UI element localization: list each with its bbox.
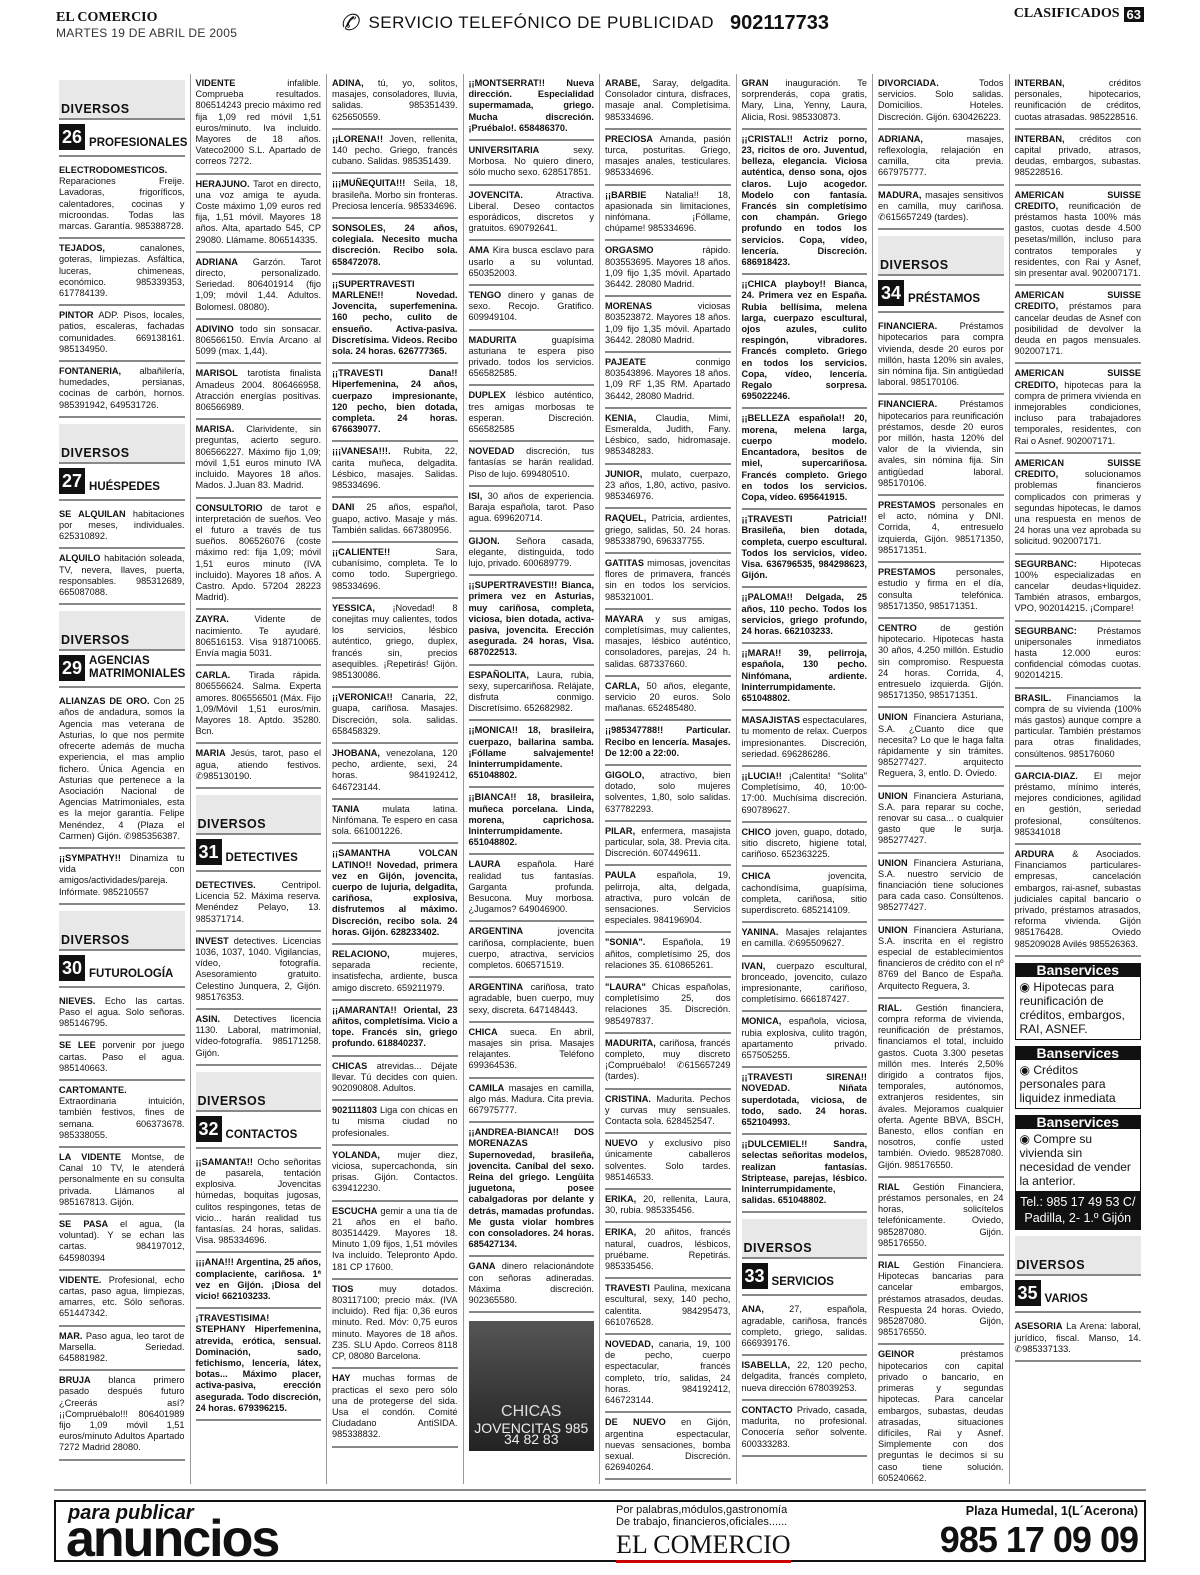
ad-body: Con 25 años de andadura, somos la Agenci… xyxy=(59,696,185,840)
ad-body: préstamos hipotecarios con capital priva… xyxy=(878,1349,1004,1482)
ad-headline: YESSICA, xyxy=(332,603,392,613)
classified-ad: BRUJA blanca primero pasado después futu… xyxy=(59,1371,185,1460)
section-number: 30 xyxy=(59,955,85,981)
classified-ad: ¡¡BIANCA!! 18, brasileira, muñeca porcel… xyxy=(469,788,595,855)
classified-ad: NUEVO y exclusivo piso únicamente caball… xyxy=(605,1134,731,1190)
classified-ad: DE NUEVO en Gijón, argentina espectacula… xyxy=(605,1413,731,1480)
classified-ad: BRASIL. Financiamos la compra de su vivi… xyxy=(1015,689,1142,767)
ad-headline: ¡¡LORENA!! xyxy=(332,134,389,144)
classified-ad: AMA Kira busca esclavo para usarlo a su … xyxy=(469,241,595,286)
ad-headline: RELACIONO, xyxy=(332,949,422,959)
ad-body: muy dotados. 803117100; precio máx. (IVA… xyxy=(332,1284,458,1361)
section-number: 33 xyxy=(742,1263,768,1289)
ad-body: Brasileña, bien dotada, completa, cuerpo… xyxy=(742,525,868,580)
ad-headline: SEGURBANC: xyxy=(1015,626,1098,636)
ad-headline: MARIA xyxy=(196,748,231,758)
ad-headline: ¡¡ANDREA-BIANCA!! DOS MORENAZAS xyxy=(469,1127,595,1148)
ad-headline: ARABE, xyxy=(605,78,653,88)
banner-title: Banservices xyxy=(1016,964,1141,977)
ad-headline: ¡¡DULCEMIEL!! xyxy=(742,1139,834,1149)
ad-headline: ¡¡¡VANESA!!!. xyxy=(332,446,403,456)
section-header-26: DIVERSOS26PROFESIONALES xyxy=(59,80,185,157)
classified-ad: ¡¡¡VANESA!!!. Rubita, 22, carita muñeca,… xyxy=(332,442,458,498)
section-title: 32CONTACTOS xyxy=(196,1112,322,1149)
classified-ad: ARABE, Saray, delgadita. Consolador cint… xyxy=(605,74,731,130)
classified-ad: UNION Financiera Asturiana, S.A. nuestro… xyxy=(878,854,1004,921)
classified-ad: ¡¡MARA!! 39, pelirroja, española, 130 pe… xyxy=(742,644,868,711)
classified-ad: AMERICAN SUISSE CREDITO, reunificación d… xyxy=(1015,186,1142,287)
banner-text-content: Créditos personales para liquidez inmedi… xyxy=(1020,1063,1116,1105)
classified-ad: JUNIOR, mulato, cuerpazo, 23 años, 1,80,… xyxy=(605,465,731,510)
section-title: 27HUÉSPEDES xyxy=(59,464,185,501)
section-band: DIVERSOS xyxy=(196,795,322,835)
ad-body: solucionamos problemas financieros compl… xyxy=(1015,469,1142,546)
section-label: PROFESIONALES xyxy=(89,137,187,150)
classified-ad: NOVEDAD discreción, tus fantasías se har… xyxy=(469,442,595,487)
ad-headline: ¡¡SAMANTA!! xyxy=(196,1157,258,1167)
classified-ad: INTERBAN, créditos personales, hipotecar… xyxy=(1015,74,1142,130)
classified-ad: ¡¡TRAVESTI Patricia!! Brasileña, bien do… xyxy=(742,510,868,588)
section-header-29: DIVERSOS29AGENCIAS MATRIMONIALES xyxy=(59,611,185,688)
service-label: SERVICIO TELEFÓNICO DE PUBLICIDAD xyxy=(368,13,714,33)
ad-headline: FONTANERIA, xyxy=(59,366,140,376)
section-number: 31 xyxy=(196,839,222,865)
classified-ad: JHOBANA, venezolana, 120 pecho, ardiente… xyxy=(332,744,458,800)
ad-headline: ¡¡PALOMA!! xyxy=(742,592,806,602)
section-title: 33SERVICIOS xyxy=(742,1259,868,1296)
classified-ad: ADRIANA Garzón. Tarot directo, personali… xyxy=(196,253,322,320)
classified-ad: MADURITA, cariñosa, francés completo, mu… xyxy=(605,1034,731,1090)
section-number: 34 xyxy=(878,280,904,306)
section-title: 29AGENCIAS MATRIMONIALES xyxy=(59,651,185,688)
section-band: DIVERSOS xyxy=(196,1072,322,1112)
ad-headline: ADINA, xyxy=(332,78,378,88)
classified-ad: UNION Financiera Asturiana, S.A. para re… xyxy=(878,787,1004,854)
ad-headline: ¡¡AMARANTA!! xyxy=(332,1005,403,1015)
ad-headline: ASIN. xyxy=(196,1014,234,1024)
ad-body: Novedad, primera vez en Gijón, jovencita… xyxy=(332,860,458,937)
classified-ad: ¡¡BARBIE Natalia!! 18, apasionada sin li… xyxy=(605,186,731,242)
ad-headline: ERIKA, xyxy=(605,1227,645,1237)
section-category: DIVERSOS xyxy=(61,104,130,115)
section-label: CONTACTOS xyxy=(226,1129,298,1142)
ad-headline: TRAVESTI xyxy=(605,1283,654,1293)
column-6: GRAN inauguración. Te sorprenderás, copa… xyxy=(737,74,874,1484)
classified-ad: ¡¡PALOMA!! Delgada, 25 años, 110 pecho. … xyxy=(742,588,868,644)
classified-ad: SE PASA el agua, (la voluntad). Y se ech… xyxy=(59,1215,185,1271)
ad-headline: ALQUILO xyxy=(59,553,104,563)
ad-headline: NOVEDAD, xyxy=(605,1339,659,1349)
banner-title: Banservices xyxy=(1016,1116,1141,1129)
section-header-27: DIVERSOS27HUÉSPEDES xyxy=(59,424,185,501)
classified-ad: LAURA española. Haré realidad tus fantas… xyxy=(469,855,595,922)
classified-ad: MONICA, española, viciosa, rubia explosi… xyxy=(742,1012,868,1068)
classified-ad: ALIANZAS DE ORO. Con 25 años de andadura… xyxy=(59,692,185,849)
ad-headline: GANA xyxy=(469,1261,502,1271)
ad-headline: UNION xyxy=(878,712,914,722)
classified-ad: ¡¡¡MUÑEQUITA!!! Seila, 18, brasileña. Mo… xyxy=(332,174,458,219)
ad-headline: ERIKA, xyxy=(605,1194,643,1204)
classified-ad: GATITAS mimosas, jovencitas flores de pr… xyxy=(605,554,731,610)
classified-ad: PAJEATE conmigo 803543896. Mayores 18 añ… xyxy=(605,353,731,409)
ad-headline: MONICA, xyxy=(742,1016,789,1026)
classified-ad: ¡¡SUPERTRAVESTI MARLENE!! Novedad. Joven… xyxy=(332,275,458,364)
ad-headline: JOVENCITA. xyxy=(469,190,556,200)
classified-ad: MORENAS viciosas 803523872. Mayores 18 a… xyxy=(605,297,731,353)
section-header-31: DIVERSOS31DETECTIVES xyxy=(196,795,322,872)
classified-ad: UNION Financiera Asturiana, S.A. ¿Cuanto… xyxy=(878,708,1004,786)
classified-ad: MARIA Jesús, tarot, paso el agua, atiend… xyxy=(196,744,322,789)
ad-headline: RIAL xyxy=(878,1182,913,1192)
classified-columns: DIVERSOS26PROFESIONALESELECTRODOMESTICOS… xyxy=(54,74,1146,1484)
ad-body: Extraordinaria intuición, también festiv… xyxy=(59,1096,185,1140)
section-band: DIVERSOS xyxy=(59,911,185,951)
ad-headline: MADURITA, xyxy=(605,1038,659,1048)
classified-ad: JOVENCITA. Atractiva. Liberal. Deseo con… xyxy=(469,186,595,242)
column-1: DIVERSOS26PROFESIONALESELECTRODOMESTICOS… xyxy=(54,74,191,1484)
ad-headline: BRASIL. xyxy=(1015,693,1067,703)
ad-headline: CONTACTO xyxy=(742,1405,797,1415)
classified-ad: ASESORIA La Arena: laboral, jurídico, fi… xyxy=(1015,1317,1142,1362)
ad-headline: ¡¡CHICA playboy!! xyxy=(742,279,835,289)
classified-ad: YANINA. Masajes relajantes en camilla. ✆… xyxy=(742,923,868,956)
classified-ad: SE ALQUILAN habitaciones por meses, indi… xyxy=(59,505,185,550)
column-4: ¡¡MONTSERRAT!! Nueva dirección. Especial… xyxy=(464,74,601,1484)
classified-ad: CARLA, 50 años, elegante, servicio 20 eu… xyxy=(605,677,731,722)
ad-headline: ¡¡TRAVESTI Patricia!! xyxy=(742,514,868,524)
ad-headline: TIOS xyxy=(332,1284,379,1294)
section-number: 35 xyxy=(1015,1280,1041,1306)
phone-icon: ✆ xyxy=(340,10,358,36)
ad-headline: ¡¡MARA!! xyxy=(742,648,799,658)
classified-ad: PILAR, enfermera, masajista particular, … xyxy=(605,822,731,867)
section-label: SERVICIOS xyxy=(772,1276,834,1289)
ad-headline: MORENAS xyxy=(605,301,698,311)
column-3: ADINA, tú, yo, solitos, masajes, consola… xyxy=(327,74,464,1484)
classified-ad: ADIVINO todo sin sonsacar. 806566150. En… xyxy=(196,320,322,365)
phone-service-banner: ✆ SERVICIO TELEFÓNICO DE PUBLICIDAD 9021… xyxy=(340,10,829,36)
ad-headline: SE PASA xyxy=(59,1219,120,1229)
ad-headline: GIGOLO, xyxy=(605,770,660,780)
classified-ad: LA VIDENTE Montse, de Canal 10 TV, le at… xyxy=(59,1148,185,1215)
photo-ad-phone: JOVENCITAS 985 34 82 83 xyxy=(469,1423,595,1445)
classified-ad: ¡¡BELLEZA española!! 20, morena, melena … xyxy=(742,409,868,510)
banner-title: Banservices xyxy=(1016,1047,1141,1060)
classified-ad: CARLA. Tirada rápida. 806556624. Salma. … xyxy=(196,666,322,744)
ad-headline: MAYARA xyxy=(605,614,655,624)
classified-ad: AMERICAN SUISSE CREDITO, solucionamos pr… xyxy=(1015,454,1142,555)
classified-ad: ¡¡SYMPATHY!! Dinamiza tu vida con amigos… xyxy=(59,849,185,905)
classified-ad: ELECTRODOMESTICOS. Reparaciones Freije. … xyxy=(59,161,185,239)
ad-headline: PRESTAMOS xyxy=(878,567,956,577)
classified-ad: UNION Financiera Asturiana, S.A. inscrit… xyxy=(878,921,1004,999)
classified-ad: ESCUCHA gemir a una tía de 21 años en el… xyxy=(332,1202,458,1280)
ad-headline: SONSOLES, xyxy=(332,223,404,233)
classified-ad: ¡¡LORENA!! Joven, rellenita, 140 pecho. … xyxy=(332,130,458,175)
ad-headline: PAULA xyxy=(605,870,657,880)
section-title: 35VARIOS xyxy=(1015,1276,1142,1313)
classified-ad: AMERICAN SUISSE CREDITO, préstamos para … xyxy=(1015,286,1142,364)
section-band: DIVERSOS xyxy=(59,424,185,464)
ad-headline: ¡¡TRAVESTI Dana!! xyxy=(332,368,458,378)
ad-headline: SE LEE xyxy=(59,1040,102,1050)
ad-headline: VIDENTE. xyxy=(59,1275,109,1285)
ad-headline: NOVEDAD xyxy=(469,446,527,456)
ad-headline: YANINA. xyxy=(742,927,786,937)
classified-ad: SE LEE porvenir por juego cartas. Paso e… xyxy=(59,1036,185,1081)
classified-ad: ¡¡TRAVESTI SIRENA!! NOVEDAD. Niñata supe… xyxy=(742,1068,868,1135)
ad-headline: CHICA xyxy=(469,1027,511,1037)
ad-headline: ¡¡SYMPATHY!! xyxy=(59,853,130,863)
classified-ad: CHICA sueca. En abril, masajes sin prisa… xyxy=(469,1023,595,1079)
ad-headline: LAURA xyxy=(469,859,518,869)
ad-headline: FINANCIERA. xyxy=(878,321,960,331)
banner-contact: Tel.: 985 17 49 53 C/ Padilla, 2- 1.º Gi… xyxy=(1016,1191,1141,1229)
banservices-ad: Banservices◉ Compre su vivienda sin nece… xyxy=(1015,1115,1142,1230)
ad-headline: LA VIDENTE xyxy=(59,1152,131,1162)
ad-headline: TENGO xyxy=(469,290,509,300)
ad-headline: UNION xyxy=(878,791,914,801)
section-category: DIVERSOS xyxy=(880,260,949,271)
ad-headline: ¡¡BIANCA!! xyxy=(469,792,528,802)
classified-ad: VIDENTE infalible. Comprueba resultados.… xyxy=(196,74,322,175)
ad-headline: ARGENTINA xyxy=(469,926,558,936)
classified-ad: CAMILA masajes en camilla, algo más. Mad… xyxy=(469,1079,595,1124)
ad-headline: ¡¡CRISTAL!! xyxy=(742,134,803,144)
ad-headline: "SONIA". xyxy=(605,937,662,947)
classified-ad: CHICO joven, guapo, dotado, sitio discre… xyxy=(742,823,868,868)
column-5: ARABE, Saray, delgadita. Consolador cint… xyxy=(600,74,737,1484)
section-category: DIVERSOS xyxy=(61,635,130,646)
section-header-35: DIVERSOS35VARIOS xyxy=(1015,1236,1142,1313)
ad-headline: MASAJISTAS xyxy=(742,715,803,725)
ad-headline: "LAURA" xyxy=(605,982,652,992)
ad-headline: PINTOR xyxy=(59,310,98,320)
section-category: DIVERSOS xyxy=(198,1096,267,1107)
section-title: 34PRÉSTAMOS xyxy=(878,276,1004,313)
ad-headline: JHOBANA, xyxy=(332,748,386,758)
classified-ad: RELACIONO, mujeres, separada reciente, i… xyxy=(332,945,458,1001)
classified-ad: ORGASMO rápido. 803553695. Mayores 18 añ… xyxy=(605,241,731,297)
ad-headline: GIJON. xyxy=(469,536,516,546)
classified-ad: CHICA jovencita, cachondísima, guapísima… xyxy=(742,867,868,923)
banservices-ad: Banservices◉ Hipotecas para reunificació… xyxy=(1015,963,1142,1040)
classified-ad: INVEST detectives. Licencias 1036, 1037,… xyxy=(196,932,322,1010)
ad-headline: GATITAS xyxy=(605,558,647,568)
ad-headline: ORGASMO xyxy=(605,245,702,255)
ad-body: Bianca, primera vez en Asturias, muy car… xyxy=(469,580,595,657)
ad-headline: KENIA, xyxy=(605,413,656,423)
ad-headline: GARCIA-DIAZ. xyxy=(1015,771,1094,781)
ad-headline: ANA, xyxy=(742,1304,790,1314)
section-title: 26PROFESIONALES xyxy=(59,120,185,157)
classified-ad: FINANCIERA. Préstamos hipotecarios para … xyxy=(878,395,1004,496)
section-label: PRÉSTAMOS xyxy=(908,293,980,306)
classified-ad: ANA, 27, española, agradable, cariñosa, … xyxy=(742,1300,868,1356)
classified-ad: ¡TRAVESTISIMA! STEPHANY Hiperfemenina, a… xyxy=(196,1309,322,1421)
footer-brand-logo: EL COMERCIO xyxy=(616,1530,791,1563)
ad-headline: PAJEATE xyxy=(605,357,696,367)
section-category: DIVERSOS xyxy=(1017,1260,1086,1271)
ad-headline: HERAJUNO. xyxy=(196,179,254,189)
classified-ad: MAYARA y sus amigas, completísimas, muy … xyxy=(605,610,731,677)
classified-ad: GARCIA-DIAZ. El mejor préstamo, mínimo i… xyxy=(1015,767,1142,845)
classified-ad: GANA dinero relacionándote con señoras a… xyxy=(469,1257,595,1313)
ad-headline: RAQUEL, xyxy=(605,513,652,523)
ad-headline: DUPLEX xyxy=(469,390,516,400)
section-number: 27 xyxy=(59,468,85,494)
classified-ad: DUPLEX lésbico auténtico, tres amigas mo… xyxy=(469,386,595,442)
classified-ad: CONSULTORIO de tarot e interpretación de… xyxy=(196,499,322,611)
classified-ad: GEINOR préstamos hipotecarios con capita… xyxy=(878,1345,1004,1484)
ad-headline: GEINOR xyxy=(878,1349,961,1359)
ad-headline: INTERBAN, xyxy=(1015,134,1080,144)
classified-ad: HERAJUNO. Tarot en directo, una voz amig… xyxy=(196,175,322,253)
ad-body: Gestión Financiera. Hipotecas bancarias … xyxy=(878,1260,1004,1337)
classified-ad: YOLANDA, mujer diez, viciosa, supercacho… xyxy=(332,1146,458,1202)
ad-headline: ¡¡LUCIA!! xyxy=(742,771,789,781)
classified-ad: GRAN inauguración. Te sorprenderás, copa… xyxy=(742,74,868,130)
ad-headline: ¡¡VERONICA!! xyxy=(332,692,401,702)
classified-ad: ARGENTINA jovencita cariñosa, complacien… xyxy=(469,922,595,978)
ad-headline: TANIA xyxy=(332,804,382,814)
section-label: HUÉSPEDES xyxy=(89,481,160,494)
classified-ad: MASAJISTAS espectaculares, tu momento de… xyxy=(742,711,868,767)
classified-ad: RIAL Gestión Financiera. Hipotecas banca… xyxy=(878,1256,1004,1345)
section-category: DIVERSOS xyxy=(61,935,130,946)
ad-headline: MAR. xyxy=(59,1331,86,1341)
eye-bullet-icon: ◉ xyxy=(1020,1063,1034,1077)
classified-ad: ¡¡TRAVESTI Dana!! Hiperfemenina, 24 años… xyxy=(332,364,458,442)
eye-bullet-icon: ◉ xyxy=(1020,1132,1034,1146)
classified-ad: ¡¡CALIENTE!! Sara, cubanísimo, completa.… xyxy=(332,543,458,599)
footer-desc-line1: Por palabras,módulos,gastronomía xyxy=(616,1504,787,1516)
banner-text: ◉ Créditos personales para liquidez inme… xyxy=(1016,1060,1141,1108)
classified-ad: ¡¡SAMANTHA VOLCAN LATINO!! Novedad, prim… xyxy=(332,844,458,945)
ad-headline: ¡¡MONTSERRAT!! xyxy=(469,78,567,88)
section-band: DIVERSOS xyxy=(59,611,185,651)
ad-headline: 902111803 xyxy=(332,1105,380,1115)
classified-ad: ¡¡MONICA!! 18, brasileira, cuerpazo, bai… xyxy=(469,721,595,788)
ad-headline: ESPAÑOLITA, xyxy=(469,670,537,680)
ad-headline: ADRIANA, xyxy=(878,134,967,144)
section-band: DIVERSOS xyxy=(59,80,185,120)
column-8: INTERBAN, créditos personales, hipotecar… xyxy=(1010,74,1147,1484)
section-band: DIVERSOS xyxy=(1015,1236,1142,1276)
photo-ad-title: CHICAS xyxy=(469,1406,595,1417)
ad-headline: ¡¡BELLEZA española!! xyxy=(742,413,855,423)
ad-body: de tarot e interpretación de sueños. Veo… xyxy=(196,503,322,603)
ad-body: & Asociados. Financiamos particulares-em… xyxy=(1015,849,1142,949)
ad-headline: PRECIOSA xyxy=(605,134,660,144)
classified-ad: SEGURBANC: Hipotecas 100% especializadas… xyxy=(1015,555,1142,622)
ad-headline: UNION xyxy=(878,925,914,935)
classified-ad: ¡¡CHICA playboy!! Bianca, 24. Primera ve… xyxy=(742,275,868,409)
section-category: DIVERSOS xyxy=(61,448,130,459)
ad-headline: UNION xyxy=(878,858,914,868)
classified-ad: MAR. Paso agua, leo tarot de Marsella. S… xyxy=(59,1327,185,1372)
ad-headline: CHICO xyxy=(742,827,776,837)
banservices-ad: Banservices◉ Créditos personales para li… xyxy=(1015,1046,1142,1109)
classified-ad: GIGOLO, atractivo, bien dotado, solo muj… xyxy=(605,766,731,822)
ad-headline: NUEVO xyxy=(605,1138,649,1148)
ad-headline: ZAYRA. xyxy=(196,614,255,624)
classified-ad: ESPAÑOLITA, Laura, rubia, sexy, supercar… xyxy=(469,666,595,722)
section-title: 31DETECTIVES xyxy=(196,835,322,872)
section-band: DIVERSOS xyxy=(878,236,1004,276)
classified-ad: ADRIANA, masajes, reflexología, relajaci… xyxy=(878,130,1004,186)
ad-headline: UNIVERSITARIA xyxy=(469,145,574,155)
classified-ad: PRECIOSA Amanda, pasión turca, posturita… xyxy=(605,130,731,186)
ad-body: infalible. Comprueba resultados. 8065142… xyxy=(196,78,322,166)
classified-ad: ¡¡SAMANTA!! Ocho señoritas de pasarela, … xyxy=(196,1153,322,1254)
ad-headline: CARTOMANTE. xyxy=(59,1085,127,1095)
footer-desc-line2: De trabajo, financieros,oficiales...... xyxy=(616,1516,787,1528)
ad-body: reunificación de préstamos hasta 100% má… xyxy=(1015,201,1142,278)
classified-ad: ISI, 30 años de experiencia. Baraja espa… xyxy=(469,487,595,532)
ad-headline: HAY xyxy=(332,1373,363,1383)
ad-body: Supernovedad, brasileña, jovencita. Caní… xyxy=(469,1150,595,1250)
section-label: AGENCIAS MATRIMONIALES xyxy=(89,655,185,681)
classified-ad: ARGENTINA cariñosa, trato agradable, bue… xyxy=(469,978,595,1023)
classified-ad: CHICAS atrevidas... Déjate llevar. Tú de… xyxy=(332,1057,458,1102)
classified-ad: UNIVERSITARIA sexy. Morbosa. No quiero d… xyxy=(469,141,595,186)
page-number: 63 xyxy=(1124,7,1144,22)
classified-ad: "LAURA" Chicas españolas, completísimo 2… xyxy=(605,978,731,1034)
footer-description: Por palabras,módulos,gastronomía De trab… xyxy=(616,1504,787,1528)
ad-headline: RIAL. xyxy=(878,1003,916,1013)
footer-big-text: anuncios xyxy=(66,1516,278,1562)
ad-headline: ASESORIA xyxy=(1015,1321,1067,1331)
ad-headline: MADURITA xyxy=(469,335,552,345)
classified-ad: FONTANERIA, albañilería, humedades, pers… xyxy=(59,362,185,418)
ad-body: 20, morena, melena larga, cuerpo modelo.… xyxy=(742,413,868,501)
section-header-32: DIVERSOS32CONTACTOS xyxy=(196,1072,322,1149)
classified-ad: RIAL Gestión Financiera, préstamos perso… xyxy=(878,1178,1004,1256)
ad-headline: INTERBAN, xyxy=(1015,78,1109,88)
ad-headline: CONSULTORIO xyxy=(196,503,271,513)
ad-body: Préstamos hipotecarios para reunificació… xyxy=(878,399,1004,487)
classified-ad: TEJADOS, canalones, goteras, limpiezas. … xyxy=(59,239,185,306)
classified-ad: FINANCIERA. Préstamos hipotecarios para … xyxy=(878,317,1004,395)
ad-body: Ocho señoritas de pasarela, tentación ex… xyxy=(196,1157,322,1245)
ad-headline: ¡¡SUPERTRAVESTI!! xyxy=(469,580,562,590)
ad-headline: PRESTAMOS xyxy=(878,500,942,510)
ad-headline: CHICAS xyxy=(332,1061,377,1071)
classified-ad: KENIA, Claudia, Mimi, Esmeralda, Judith,… xyxy=(605,409,731,465)
classified-ad: TIOS muy dotados. 803117100; precio máx.… xyxy=(332,1280,458,1369)
classified-ad: MARISA. Clarividente, sin preguntas, aci… xyxy=(196,420,322,498)
footer-phone: 985 17 09 09 xyxy=(940,1520,1138,1560)
ad-headline: MADURA, xyxy=(878,190,925,200)
ad-body: blanca primero pasado después futuro ¿Cr… xyxy=(59,1375,185,1452)
section-label: FUTUROLOGÍA xyxy=(89,968,173,981)
classified-ad: ¡¡DULCEMIEL!! Sandra, selectas señoritas… xyxy=(742,1135,868,1213)
ad-headline: JUNIOR, xyxy=(605,469,651,479)
classified-ad: ¡¡VERONICA!! Canaria, 22, guapa, cariños… xyxy=(332,688,458,744)
classified-ad: NIEVES. Echo las cartas. Paso el agua. S… xyxy=(59,992,185,1037)
photo-ad: CHICASJOVENCITAS 985 34 82 83 xyxy=(469,1321,595,1451)
section-label: VARIOS xyxy=(1045,1293,1088,1306)
classified-ad: RAQUEL, Patricia, ardientes, griego, sal… xyxy=(605,509,731,554)
classified-ad: AMERICAN SUISSE CREDITO, hipotecas para … xyxy=(1015,364,1142,453)
ad-headline: YOLANDA, xyxy=(332,1150,398,1160)
ad-headline: ISI, xyxy=(469,491,488,501)
column-2: VIDENTE infalible. Comprueba resultados.… xyxy=(191,74,328,1484)
ad-body: Actriz porno, 23, ricitos de oro. Juvent… xyxy=(742,134,868,267)
ad-headline: INVEST xyxy=(196,936,234,946)
classified-ad: 902111803 Liga con chicas en tu misma ci… xyxy=(332,1101,458,1146)
